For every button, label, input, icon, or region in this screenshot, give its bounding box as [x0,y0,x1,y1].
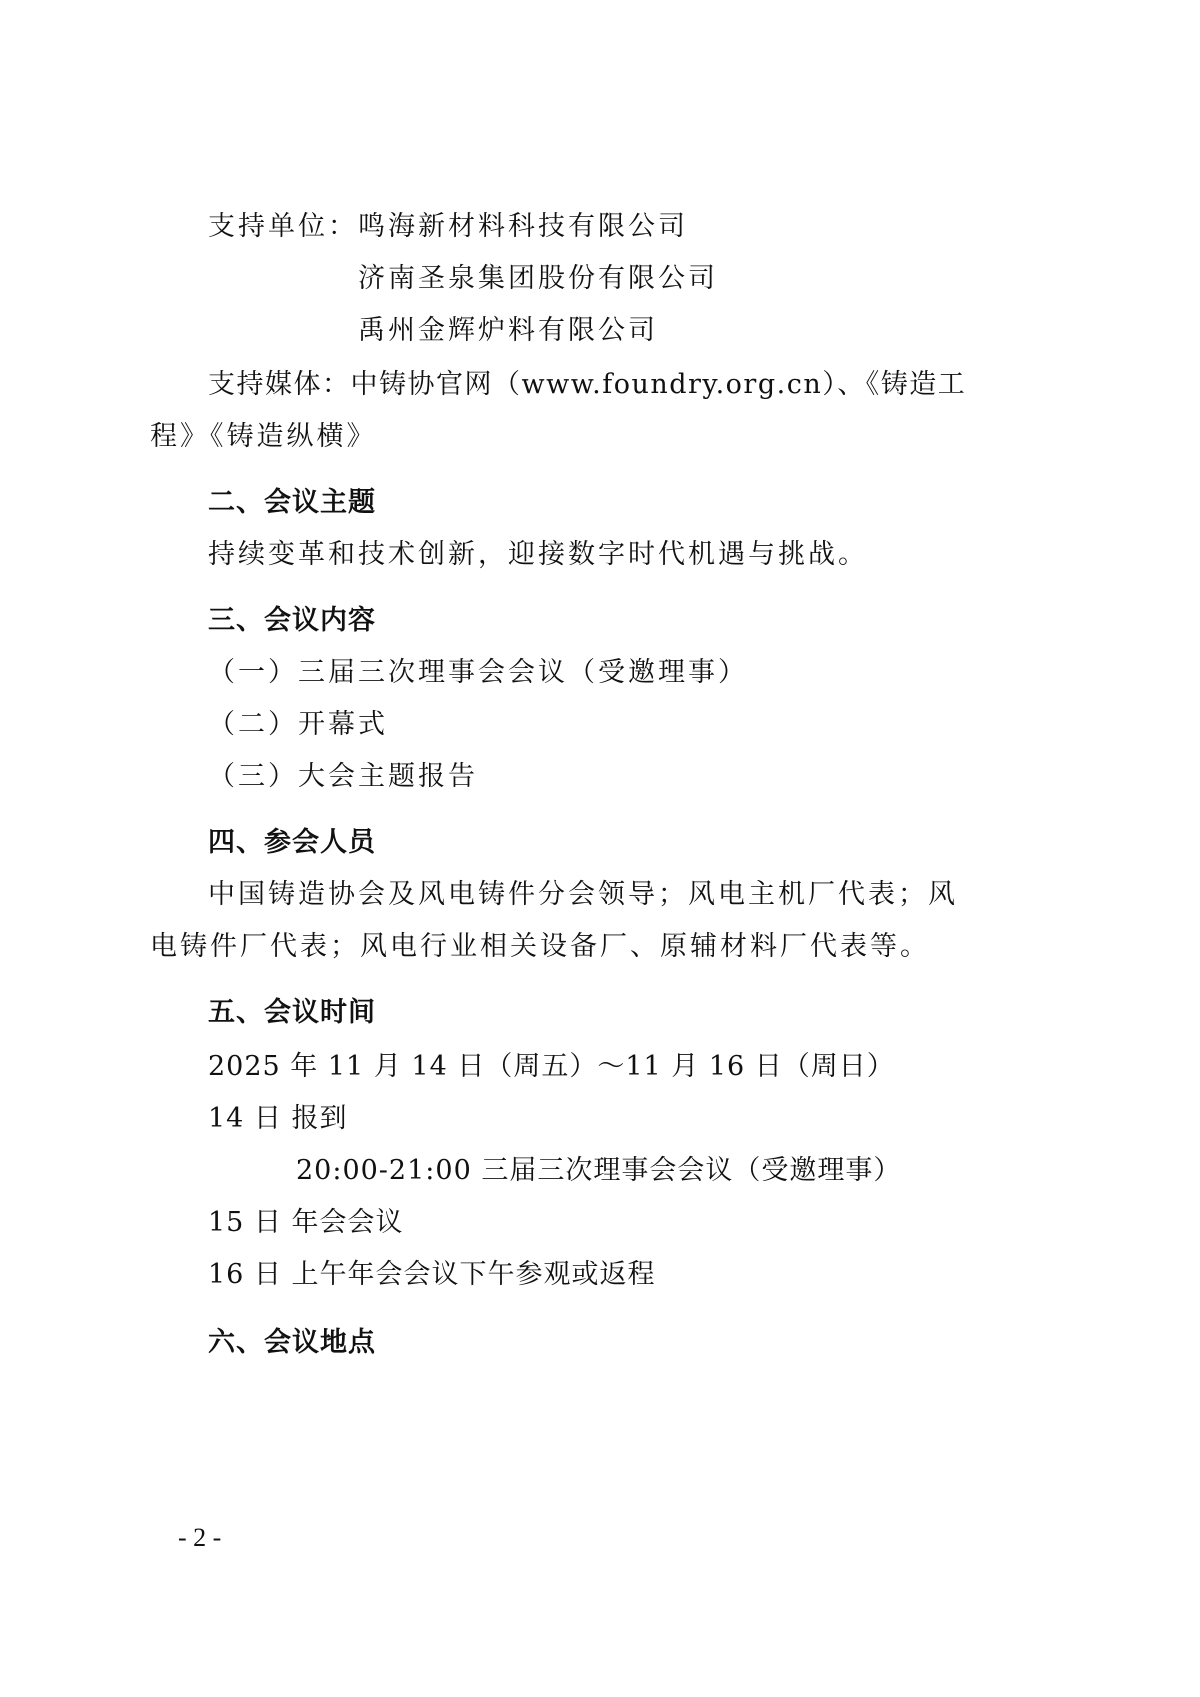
section-heading-content: 三、会议内容 [208,604,376,638]
support-unit-item: 济南圣泉集团股份有限公司 [358,262,718,296]
support-units-line-1: 支持单位：鸣海新材料科技有限公司 [208,210,688,244]
support-unit-item: 禹州金辉炉料有限公司 [358,314,658,348]
schedule-day-14-evening: 20:00-21:00 三届三次理事会会议（受邀理事） [296,1154,901,1188]
section-heading-time: 五、会议时间 [208,996,376,1030]
schedule-day-14: 14 日 报到 [208,1102,348,1136]
section-heading-theme: 二、会议主题 [208,486,376,520]
theme-text: 持续变革和技术创新，迎接数字时代机遇与挑战。 [208,538,868,572]
section-heading-attendees: 四、参会人员 [208,826,376,860]
schedule-day-15: 15 日 年会会议 [208,1206,404,1240]
support-media-line-2: 程》《铸造纵横》 [150,420,377,454]
attendees-text-line-1: 中国铸造协会及风电铸件分会领导；风电主机厂代表；风 [208,878,958,912]
support-units-label: 支持单位： [208,211,358,242]
attendees-text-line-2: 电铸件厂代表；风电行业相关设备厂、原辅材料厂代表等。 [150,930,930,964]
section-heading-venue: 六、会议地点 [208,1326,376,1360]
support-media-line-1: 支持媒体：中铸协官网（www.foundry.org.cn）、《铸造工 [208,368,966,402]
page-number: - 2 - [178,1523,221,1553]
support-unit-item: 鸣海新材料科技有限公司 [358,211,688,242]
content-item: （一）三届三次理事会会议（受邀理事） [208,656,748,690]
time-range: 2025 年 11 月 14 日（周五）～11 月 16 日（周日） [208,1050,895,1084]
content-item: （二）开幕式 [208,708,388,742]
content-item: （三）大会主题报告 [208,760,478,794]
schedule-day-16: 16 日 上午年会会议下午参观或返程 [208,1258,656,1292]
